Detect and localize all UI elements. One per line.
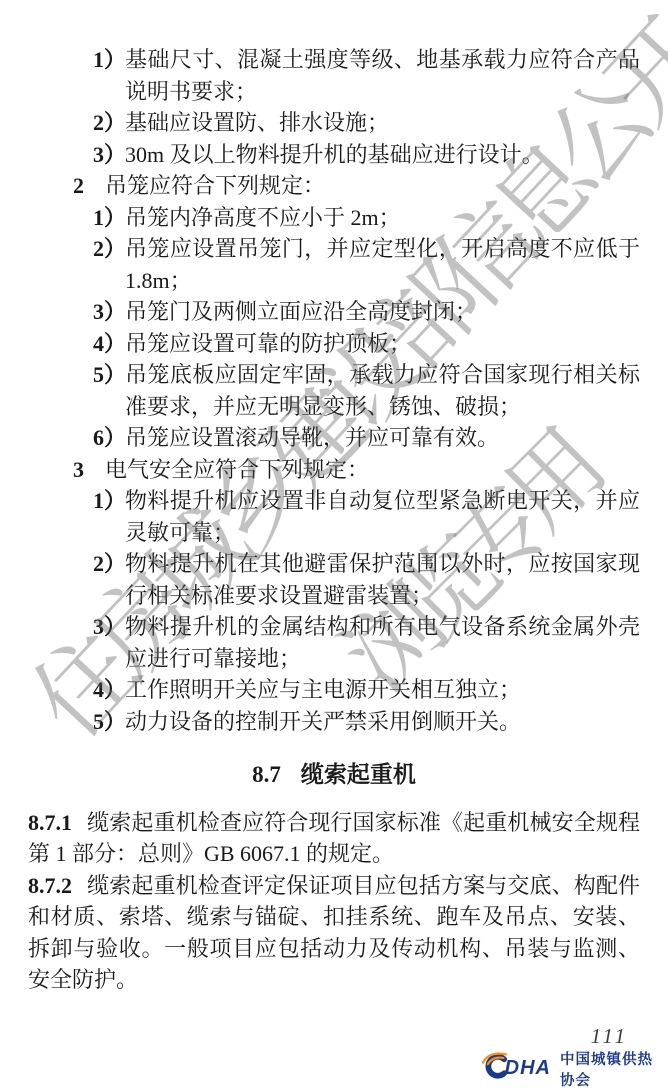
list-item: 4） 工作照明开关应与主电源开关相互独立； xyxy=(28,674,640,706)
list-item-text: 基础尺寸、混凝土强度等级、地基承载力应符合产品说明书要求； xyxy=(125,47,640,104)
list-item: 3） 物料提升机的金属结构和所有电气设备系统金属外壳应进行可靠接地； xyxy=(28,611,640,674)
list-item: 3） 30m 及以上物料提升机的基础应进行设计。 xyxy=(28,139,640,171)
list-item-number: 5） xyxy=(93,706,126,738)
list-item-number: 3） xyxy=(93,139,126,171)
list-item-text: 吊笼底板应固定牢固，承载力应符合国家现行相关标准要求，并应无明显变形、锈蚀、破损… xyxy=(125,362,640,419)
list-item: 2） 吊笼应设置吊笼门，并应定型化，开启高度不应低于 1.8m； xyxy=(28,233,640,296)
list-item: 2 吊笼应符合下列规定： xyxy=(28,170,640,202)
list-item: 1） 吊笼内净高度不应小于 2m； xyxy=(28,202,640,234)
list-item-text: 电气安全应符合下列规定： xyxy=(105,457,369,482)
list-item-number: 3） xyxy=(93,611,126,643)
list-item-text: 物料提升机应设置非自动复位型紧急断电开关，并应灵敏可靠； xyxy=(125,488,640,545)
list-item-text: 物料提升机在其他避雷保护范围以外时，应按国家现行相关标准要求设置避雷装置； xyxy=(125,551,640,608)
list-item-text: 基础应设置防、排水设施； xyxy=(125,110,389,135)
list-item: 5） 吊笼底板应固定牢固，承载力应符合国家现行相关标准要求，并应无明显变形、锈蚀… xyxy=(28,359,640,422)
section-title: 缆索起重机 xyxy=(301,762,416,787)
page-number: 111 xyxy=(591,1024,628,1049)
list-item: 1） 物料提升机应设置非自动复位型紧急断电开关，并应灵敏可靠； xyxy=(28,485,640,548)
list-item: 2） 基础应设置防、排水设施； xyxy=(28,107,640,139)
list-item-number: 3 xyxy=(73,454,84,486)
list-item-number: 2） xyxy=(93,233,126,265)
list-item-text: 吊笼门及两侧立面应沿全高度封闭； xyxy=(125,299,477,324)
list-item-number: 2） xyxy=(93,548,126,580)
list-item-number: 2 xyxy=(73,170,84,202)
clause-number: 8.7.1 xyxy=(28,810,72,835)
list-item-number: 1） xyxy=(93,202,126,234)
list-item-text: 吊笼应符合下列规定： xyxy=(105,173,325,198)
clause-paragraph: 8.7.1缆索起重机检查应符合现行国家标准《起重机械安全规程 第 1 部分：总则… xyxy=(28,807,640,870)
list-item-text: 吊笼应设置可靠的防护顶板； xyxy=(125,331,411,356)
clause-text: 缆索起重机检查评定保证项目应包括方案与交底、构配件和材质、索塔、缆索与锚碇、扣挂… xyxy=(28,873,640,993)
clause-paragraph: 8.7.2缆索起重机检查评定保证项目应包括方案与交底、构配件和材质、索塔、缆索与… xyxy=(28,870,640,996)
list-item-text: 工作照明开关应与主电源开关相互独立； xyxy=(125,677,521,702)
list-item-text: 动力设备的控制开关严禁采用倒顺开关。 xyxy=(125,709,521,734)
section-number: 8.7 xyxy=(252,762,281,787)
association-logo: DHA 中国城镇供热协会 xyxy=(482,1040,668,1088)
list-item-text: 吊笼内净高度不应小于 2m； xyxy=(125,205,401,230)
list-item-number: 5） xyxy=(93,359,126,391)
document-page: 住房城乡建设部信息公开 浏览专用 1） 基础尺寸、混凝土强度等级、地基承载力应符… xyxy=(0,0,668,1088)
list-item-text: 30m 及以上物料提升机的基础应进行设计。 xyxy=(125,142,544,167)
list-item-number: 6） xyxy=(93,422,126,454)
clause-number: 8.7.2 xyxy=(28,873,72,898)
section-heading: 8.7缆索起重机 xyxy=(28,759,640,791)
list-item-text: 吊笼应设置滚动导靴，并应可靠有效。 xyxy=(125,425,499,450)
list-item-number: 4） xyxy=(93,328,126,360)
list-item-text: 物料提升机的金属结构和所有电气设备系统金属外壳应进行可靠接地； xyxy=(125,614,640,671)
organization-name: 中国城镇供热协会 xyxy=(560,1048,668,1088)
list-item: 4） 吊笼应设置可靠的防护顶板； xyxy=(28,328,640,360)
list-item: 3 电气安全应符合下列规定： xyxy=(28,454,640,486)
list-item: 6） 吊笼应设置滚动导靴，并应可靠有效。 xyxy=(28,422,640,454)
logo-acronym: DHA xyxy=(505,1057,551,1080)
list-item-number: 4） xyxy=(93,674,126,706)
list-item-number: 1） xyxy=(93,485,126,517)
document-body: 1） 基础尺寸、混凝土强度等级、地基承载力应符合产品说明书要求； 2） 基础应设… xyxy=(28,44,640,996)
list-item: 5） 动力设备的控制开关严禁采用倒顺开关。 xyxy=(28,706,640,738)
list-item-number: 1） xyxy=(93,44,126,76)
clause-text: 缆索起重机检查应符合现行国家标准《起重机械安全规程 第 1 部分：总则》GB 6… xyxy=(28,810,662,867)
list-item-text: 吊笼应设置吊笼门，并应定型化，开启高度不应低于 1.8m； xyxy=(125,236,640,293)
list-item-number: 2） xyxy=(93,107,126,139)
list-item-number: 3） xyxy=(93,296,126,328)
list-item: 1） 基础尺寸、混凝土强度等级、地基承载力应符合产品说明书要求； xyxy=(28,44,640,107)
list-item: 2） 物料提升机在其他避雷保护范围以外时，应按国家现行相关标准要求设置避雷装置； xyxy=(28,548,640,611)
list-item: 3） 吊笼门及两侧立面应沿全高度封闭； xyxy=(28,296,640,328)
